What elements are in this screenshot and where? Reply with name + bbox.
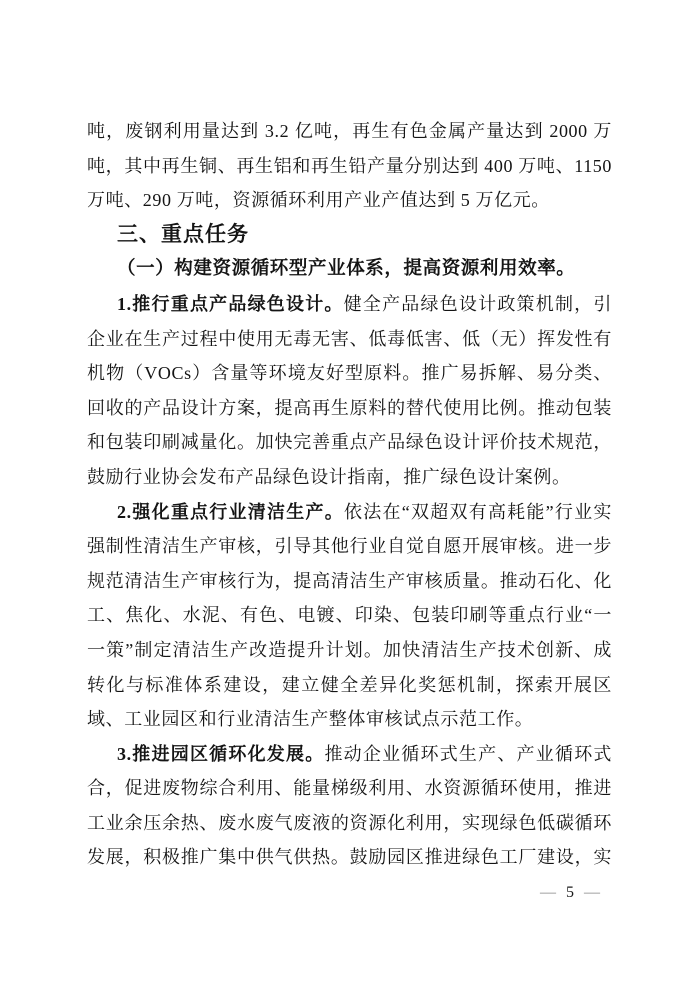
text-line: 一策”制定清洁生产改造提升计划。加快清洁生产技术创新、成果 [87, 633, 612, 668]
text-line: 域、工业园区和行业清洁生产整体审核试点示范工作。 [87, 702, 612, 737]
paragraph-lead: 2.强化重点行业清洁生产。 [117, 502, 344, 522]
text-line: 转化与标准体系建设，建立健全差异化奖惩机制，探索开展区 [87, 668, 612, 703]
document-body: 吨，废钢利用量达到 3.2 亿吨，再生有色金属产量达到 2000 万吨，其中再生… [87, 114, 612, 875]
paragraph-lead: 3.推进园区循环化发展。 [117, 744, 324, 764]
page-number: 5 [566, 884, 574, 901]
section-heading: 三、重点任务 [87, 218, 612, 253]
text-line: 回收的产品设计方案，提高再生原料的替代使用比例。推动包装 [87, 391, 612, 426]
text-line: 发展，积极推广集中供气供热。鼓励园区推进绿色工厂建设，实 [87, 840, 612, 875]
text-line: 2.强化重点行业清洁生产。依法在“双超双有高耗能”行业实施 [87, 495, 612, 530]
text-line: 吨，其中再生铜、再生铝和再生铅产量分别达到 400 万吨、1150 [87, 149, 612, 184]
text-line: 3.推进园区循环化发展。推动企业循环式生产、产业循环式组 [87, 737, 612, 772]
page-footer: —5— [540, 882, 600, 904]
text-line: 和包装印刷减量化。加快完善重点产品绿色设计评价技术规范， [87, 425, 612, 460]
text-line: 规范清洁生产审核行为，提高清洁生产审核质量。推动石化、化 [87, 564, 612, 599]
text-line: 工业余压余热、废水废气废液的资源化利用，实现绿色低碳循环 [87, 806, 612, 841]
text-line: 万吨、290 万吨，资源循环利用产业产值达到 5 万亿元。 [87, 183, 612, 218]
text-line: 鼓励行业协会发布产品绿色设计指南，推广绿色设计案例。 [87, 460, 612, 495]
document-page: 吨，废钢利用量达到 3.2 亿吨，再生有色金属产量达到 2000 万吨，其中再生… [0, 0, 700, 990]
footer-dash-left: — [540, 884, 556, 901]
text-line: 强制性清洁生产审核，引导其他行业自觉自愿开展审核。进一步 [87, 529, 612, 564]
footer-dash-right: — [584, 884, 600, 901]
text-line: 合，促进废物综合利用、能量梯级利用、水资源循环使用，推进 [87, 771, 612, 806]
text-line: 机物（VOCs）含量等环境友好型原料。推广易拆解、易分类、易 [87, 356, 612, 391]
text-line: 吨，废钢利用量达到 3.2 亿吨，再生有色金属产量达到 2000 万 [87, 114, 612, 149]
text-line: 企业在生产过程中使用无毒无害、低毒低害、低（无）挥发性有 [87, 322, 612, 357]
text-line: 工、焦化、水泥、有色、电镀、印染、包装印刷等重点行业“一行 [87, 598, 612, 633]
subsection-heading: （一）构建资源循环型产业体系，提高资源利用效率。 [87, 252, 612, 287]
text-line: 1.推行重点产品绿色设计。健全产品绿色设计政策机制，引导 [87, 287, 612, 322]
paragraph-lead: 1.推行重点产品绿色设计。 [117, 294, 344, 314]
